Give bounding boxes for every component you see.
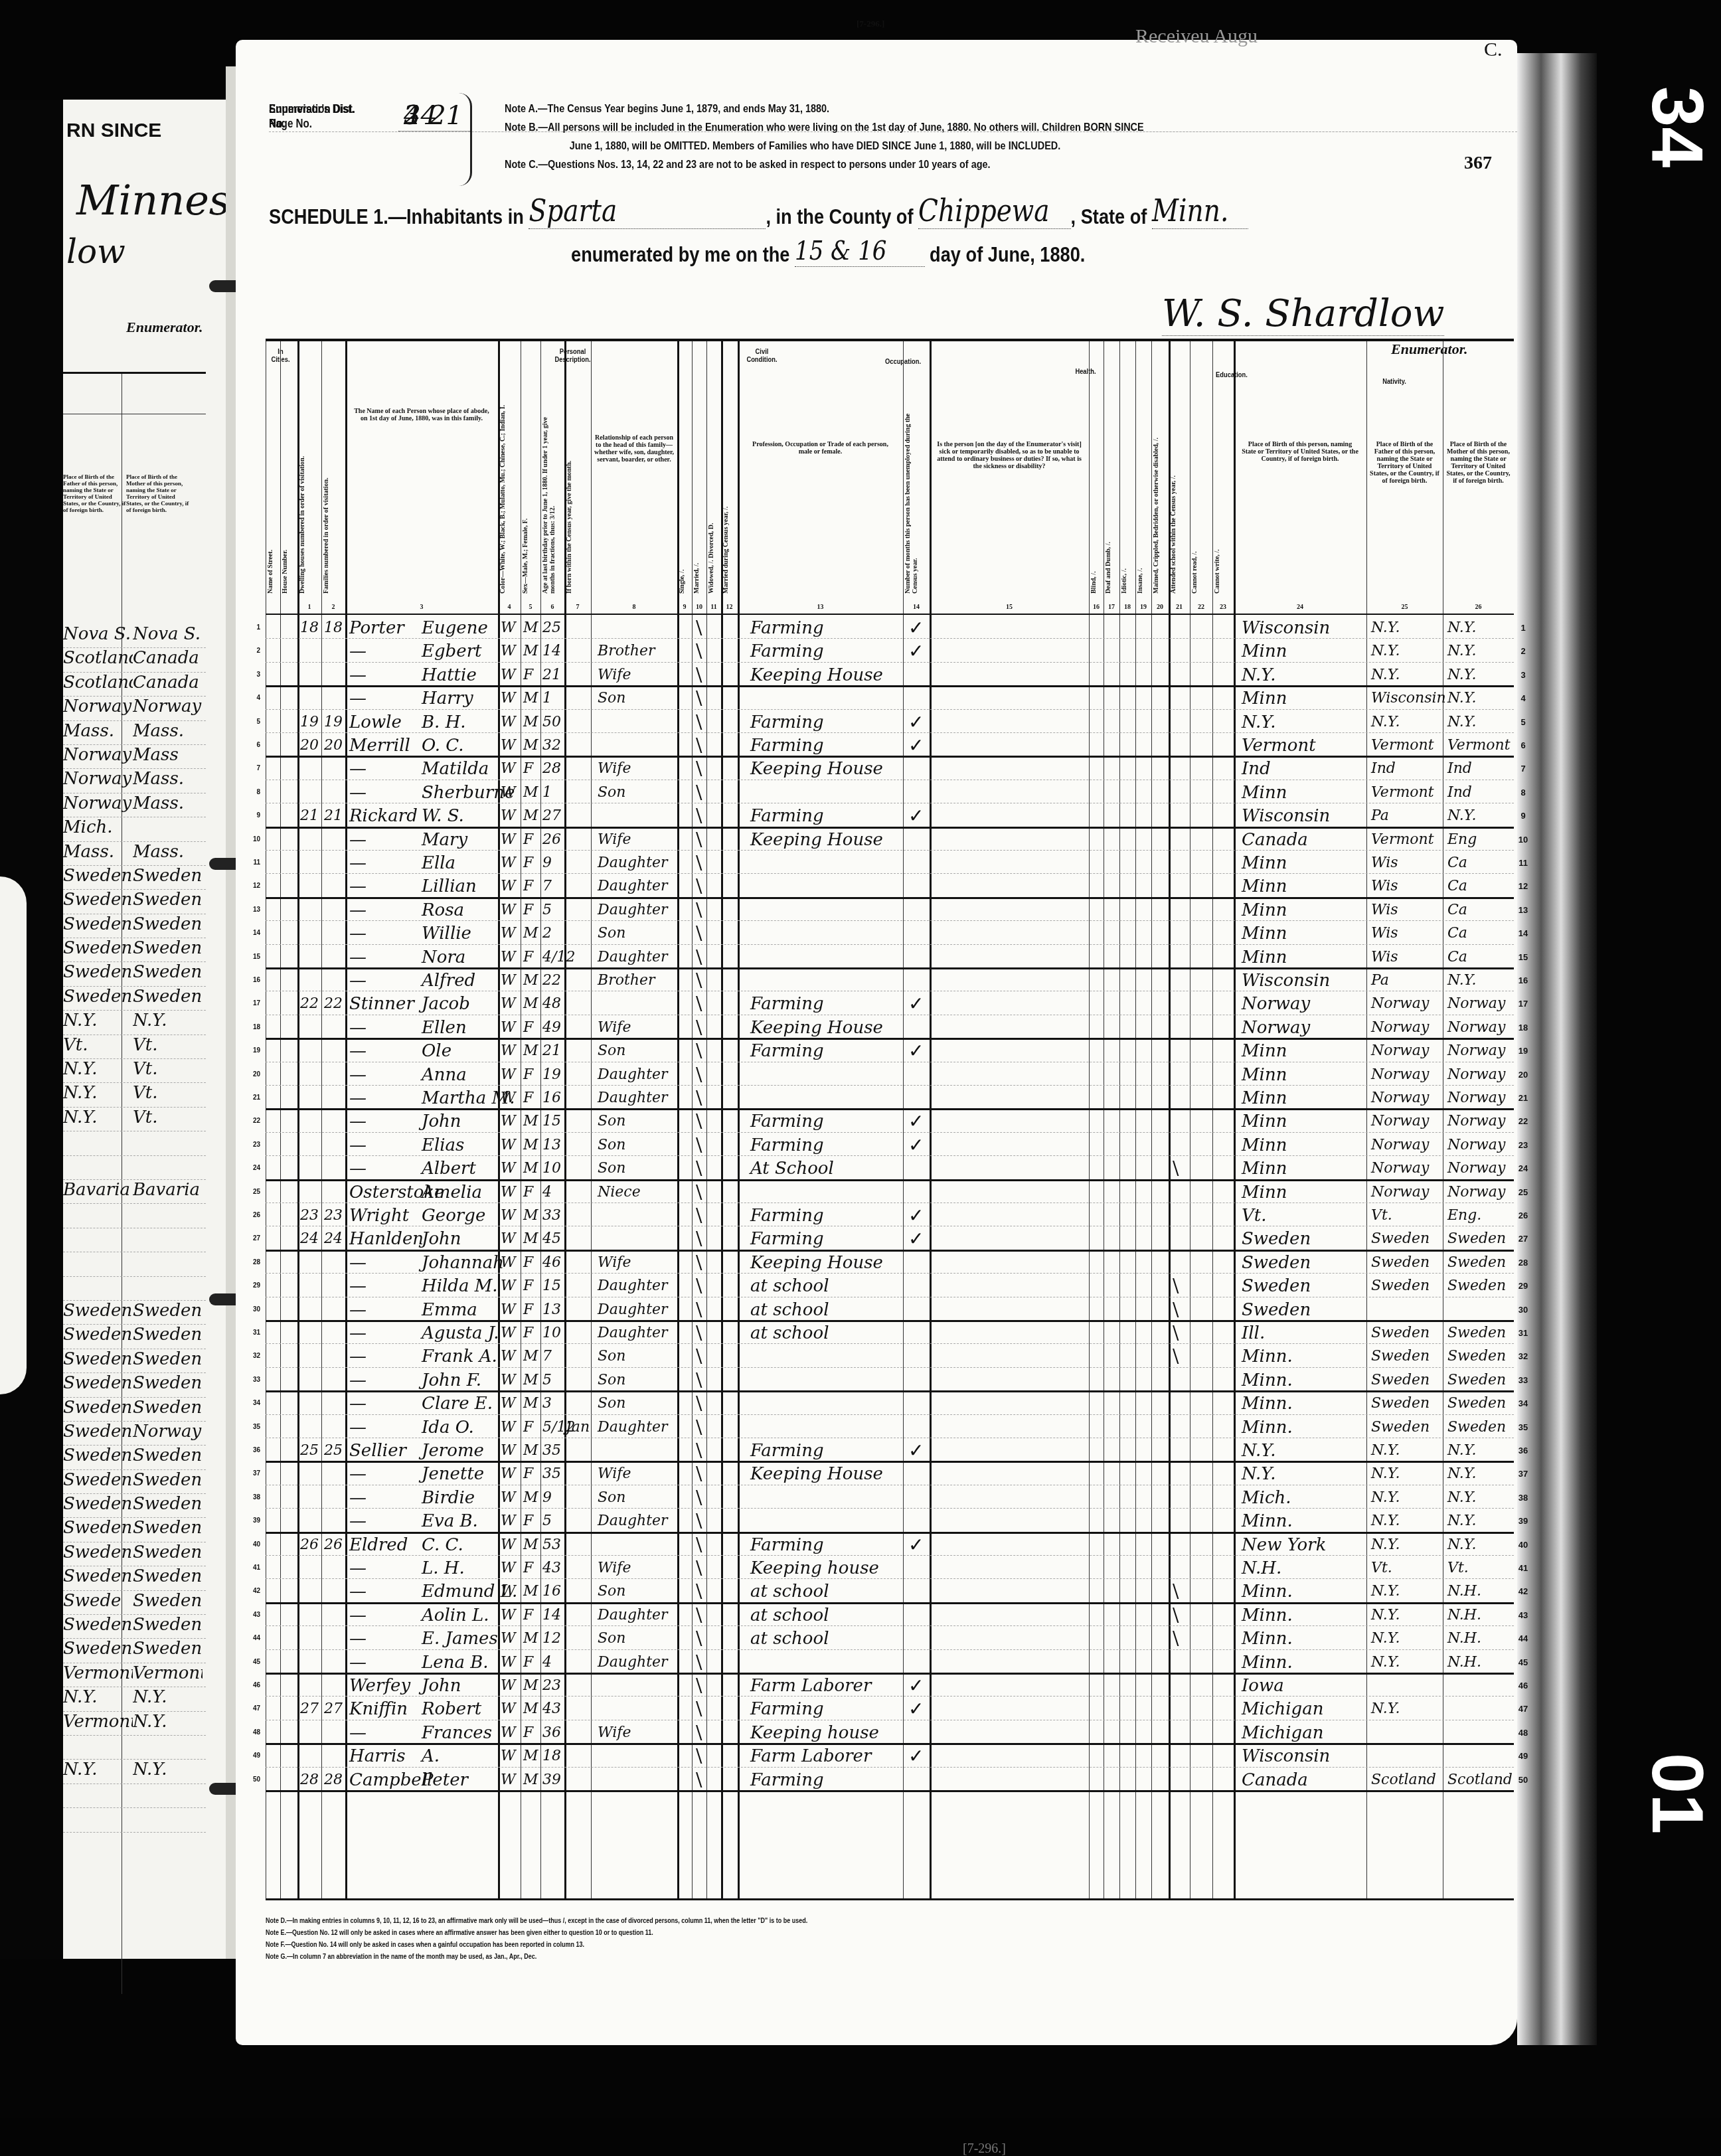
cell-father-birth: Norway — [1371, 1179, 1429, 1202]
cell-given: John — [422, 1108, 461, 1131]
father-birthplace: Swede — [63, 1591, 133, 1614]
father-birthplace — [63, 1131, 133, 1155]
left-page-row: ScotlandCanada — [63, 648, 206, 672]
cell-relation: Daughter — [598, 850, 668, 873]
cell-civil: \ — [696, 1625, 702, 1649]
line-number-right: 49 — [1514, 1743, 1532, 1770]
line-number: 46 — [246, 1673, 260, 1699]
line-number-right: 36 — [1514, 1438, 1532, 1464]
cell-father-birth: Norway — [1371, 1062, 1429, 1085]
column-header-months-unemployed: Number of months this person has been un… — [904, 401, 928, 594]
father-birthplace — [63, 1808, 133, 1831]
line-number-right: 29 — [1514, 1273, 1532, 1299]
cell-occupation: Keeping House — [750, 1250, 883, 1273]
column-header-attended-school: Attended school within the Census year, … — [1170, 401, 1188, 594]
cell-given: Ellen — [422, 1015, 467, 1038]
father-birthplace: Sweden — [63, 1615, 133, 1638]
table-row: 402626EldredC. C.WM53\Farming✓New YorkN.… — [266, 1532, 1514, 1556]
left-page-row: Nova S.Nova S. — [63, 624, 206, 648]
cell-birth: Minn — [1242, 897, 1287, 920]
left-page-row: SwedenSweden — [63, 1470, 206, 1494]
cell-age: 5 — [542, 897, 552, 920]
left-page-row: N.Y.Vt. — [63, 1083, 206, 1107]
table-row: 42—Edmund L.WM16Son\at school\Minn.N.Y.N… — [266, 1578, 1514, 1604]
cell-birth: Michigan — [1242, 1696, 1323, 1719]
cell-civil: \ — [696, 803, 702, 826]
cell-father-birth: Norway — [1371, 1085, 1429, 1108]
cell-given: Mary — [422, 827, 467, 850]
corner-mark: C. — [1484, 39, 1503, 61]
left-page-row: SwedenNorway — [63, 1422, 206, 1446]
cell-relation: Wife — [598, 756, 631, 779]
cell-mother-birth: Norway — [1447, 1015, 1505, 1038]
table-row: 44—E. JamesWM12Son\at school\Minn.N.Y.N.… — [266, 1625, 1514, 1649]
cell-relation: Son — [598, 1485, 626, 1508]
cell-relation: Son — [598, 1343, 626, 1367]
left-page-row: VermontN.Y. — [63, 1712, 206, 1736]
cell-birth: Iowa — [1242, 1673, 1284, 1696]
father-birthplace: N.Y. — [63, 1760, 133, 1783]
line-number: 20 — [246, 1062, 260, 1088]
cell-given: Hattie — [422, 662, 477, 685]
enumerated-day: 15 & 16 — [795, 236, 925, 267]
column-number: 26 — [1472, 604, 1485, 611]
cell-mother-birth: N.H. — [1447, 1602, 1481, 1625]
cell-civil: \ — [696, 967, 702, 991]
form-number: [7-296.] — [857, 19, 884, 29]
column-header-married-census-year: Married during Census year, /. — [722, 401, 736, 594]
cell-civil: \ — [696, 1015, 702, 1038]
cell-civil: \ — [696, 1555, 702, 1578]
cell-birth: Wisconsin — [1242, 615, 1330, 638]
father-birthplace: Sweden — [63, 914, 133, 938]
mother-birthplace: Sweden — [133, 1349, 203, 1372]
cell-sex: F — [523, 1649, 533, 1673]
cell-civil: \ — [696, 1343, 702, 1367]
cell-surname: Hanlden — [349, 1226, 424, 1249]
cell-civil: \ — [696, 1720, 702, 1743]
cell-sex: M — [523, 1108, 538, 1131]
cell-given: B. H. — [422, 709, 466, 732]
table-row: 502828CampbellPeterWM39\FarmingCanadaSco… — [266, 1767, 1514, 1792]
father-birthplace: Mass. — [63, 721, 133, 744]
line-number: 15 — [246, 944, 260, 971]
cell-dwelling: 21 — [300, 803, 319, 826]
column-header-married: Married, /. — [693, 401, 705, 594]
cell-sex: F — [523, 1414, 533, 1438]
cell-color: W — [501, 1273, 516, 1296]
left-page-row: SwedenSweden — [63, 1494, 206, 1518]
cell-age: 21 — [542, 662, 561, 685]
mother-birthplace: Mass. — [133, 793, 203, 817]
cell-family: 28 — [324, 1767, 343, 1790]
line-number-right: 5 — [1514, 709, 1532, 736]
cell-given: Harry — [422, 685, 473, 708]
table-row: 10—MaryWF26Wife\Keeping HouseCanadaVermo… — [266, 827, 1514, 851]
cell-sex: M — [523, 1532, 538, 1555]
line-number: 44 — [246, 1625, 260, 1652]
left-page-row: Mich. — [63, 817, 206, 841]
cell-occupation: Keeping House — [750, 1015, 883, 1038]
cell-surname: — — [349, 873, 367, 896]
cell-given: Ida O. — [422, 1414, 474, 1438]
line-number-right: 37 — [1514, 1461, 1532, 1487]
cell-occupation: Farming — [750, 1202, 824, 1226]
left-page-row — [63, 1228, 206, 1252]
cell-age: 19 — [542, 1062, 561, 1085]
mother-birthplace: Sweden — [133, 866, 203, 889]
line-number-right: 20 — [1514, 1062, 1532, 1088]
cell-surname: Porter — [349, 615, 404, 638]
cell-father-birth: Pa — [1371, 967, 1389, 991]
cell-color: W — [501, 920, 516, 944]
line-number: 5 — [246, 709, 260, 736]
cell-birth: Sweden — [1242, 1250, 1311, 1273]
mother-birthplace: Sweden — [133, 1494, 203, 1517]
cell-surname: — — [349, 1555, 367, 1578]
cell-birth: Minn — [1242, 1179, 1287, 1202]
father-birthplace: Sweden — [63, 1325, 133, 1348]
table-row: 262323WrightGeorgeWM33\Farming✓Vt.Vt.Eng… — [266, 1202, 1514, 1226]
enumeration-dist-label: Enumeration Dist. No. — [269, 102, 372, 131]
cell-birth: N.Y. — [1242, 1461, 1275, 1484]
cell-sex: F — [523, 1720, 533, 1743]
county-name: Chippewa — [918, 193, 1071, 229]
line-number-right: 34 — [1514, 1390, 1532, 1417]
cell-birth: Michigan — [1242, 1720, 1323, 1743]
cell-surname: — — [349, 638, 367, 661]
cell-school: \ — [1173, 1273, 1179, 1296]
cell-mother-birth: N.Y. — [1447, 1438, 1477, 1461]
cell-birth: Minn — [1242, 1062, 1287, 1085]
line-number: 40 — [246, 1532, 260, 1558]
cell-civil: \ — [696, 1062, 702, 1085]
cell-given: Rosa — [422, 897, 464, 920]
received-stamp: Receiveu Augu — [1135, 25, 1258, 48]
cell-given: Matilda — [422, 756, 489, 779]
cell-birth: Wisconsin — [1242, 803, 1330, 826]
cell-unemployed: ✓ — [908, 709, 924, 732]
cell-sex: M — [523, 1202, 538, 1226]
table-row: 11818PorterEugeneWM25\Farming✓WisconsinN… — [266, 615, 1514, 639]
cell-surname: — — [349, 685, 367, 708]
line-number-right: 24 — [1514, 1155, 1532, 1182]
cell-given: Nora — [422, 944, 465, 967]
column-header-occupation: Profession, Occupation or Trade of each … — [751, 441, 890, 456]
left-page-row: SwedenSweden — [63, 1398, 206, 1422]
cell-sex: F — [523, 1297, 533, 1320]
cell-age: 23 — [542, 1673, 561, 1696]
column-header-mother-birthplace: Place of Birth of the Mother of this per… — [1446, 441, 1511, 485]
cell-color: W — [501, 1062, 516, 1085]
column-number: 5 — [524, 604, 537, 611]
line-number-right: 19 — [1514, 1038, 1532, 1064]
cell-mother-birth: N.Y. — [1447, 685, 1477, 708]
table-row: 22—JohnWM15Son\Farming✓MinnNorwayNorway2… — [266, 1108, 1514, 1132]
cell-color: W — [501, 1250, 516, 1273]
cell-color: W — [501, 1508, 516, 1531]
cell-relation: Daughter — [598, 1602, 668, 1625]
column-number: 12 — [723, 604, 736, 611]
table-row: 12—LillianWF7Daughter\MinnWisCa12 — [266, 873, 1514, 898]
mother-birthplace: Sweden — [133, 987, 203, 1010]
cell-age: 15 — [542, 1273, 561, 1296]
cell-surname: Wright — [349, 1202, 409, 1226]
cell-civil: \ — [696, 991, 702, 1014]
cell-mother-birth: Sweden — [1447, 1320, 1506, 1343]
table-row: 18—EllenWF49Wife\Keeping HouseNorwayNorw… — [266, 1015, 1514, 1040]
cell-sex: F — [523, 1461, 533, 1484]
cell-occupation: Farming — [750, 1038, 824, 1061]
cell-occupation: at school — [750, 1297, 829, 1320]
cell-father-birth: N.Y. — [1371, 638, 1400, 661]
cell-occupation: at school — [750, 1602, 829, 1625]
cell-family: 20 — [324, 732, 343, 756]
mother-birthplace: Norway — [133, 697, 203, 720]
cell-relation: Brother — [598, 638, 655, 661]
cell-birth: N.H. — [1242, 1555, 1281, 1578]
line-number: 16 — [246, 967, 260, 994]
table-row: 92121RickardW. S.WM27\Farming✓WisconsinP… — [266, 803, 1514, 828]
table-row: 21—Martha M.WF16Daughter\MinnNorwayNorwa… — [266, 1085, 1514, 1110]
column-number: 9 — [678, 604, 691, 611]
cell-given: Peter — [422, 1767, 468, 1790]
cell-given: Hilda M. — [422, 1273, 498, 1296]
cell-father-birth: Vt. — [1371, 1202, 1392, 1226]
cell-civil: \ — [696, 1602, 702, 1625]
cell-dwelling: 25 — [300, 1438, 319, 1461]
cell-given: Jerome — [422, 1438, 484, 1461]
cell-mother-birth: Ca — [1447, 920, 1467, 944]
cell-given: John — [422, 1673, 461, 1696]
father-birthplace: N.Y. — [63, 1687, 133, 1710]
mother-birthplace: Vt. — [133, 1083, 203, 1106]
left-page-row: SwedenSweden — [63, 962, 206, 986]
cell-family: 23 — [324, 1202, 343, 1226]
cell-mother-birth: Ca — [1447, 897, 1467, 920]
cell-age: 43 — [542, 1555, 561, 1578]
column-header-sex: Sex—Male, M.; Female, F. — [522, 401, 539, 594]
cell-given: Lillian — [422, 873, 477, 896]
cell-surname: — — [349, 1085, 367, 1108]
left-page-row: NorwayMass — [63, 745, 206, 769]
left-page-row: SwedenSweden — [63, 1301, 206, 1325]
cell-civil: \ — [696, 756, 702, 779]
line-number-right: 13 — [1514, 897, 1532, 924]
cell-surname: — — [349, 1414, 367, 1438]
mother-birthplace: Canada — [133, 648, 203, 671]
cell-occupation: Farming — [750, 709, 824, 732]
note-e: Note E.—Question No. 12 will only be ask… — [266, 1928, 807, 1940]
cell-mother-birth: Vermont — [1447, 732, 1511, 756]
left-page-row: NorwayNorway — [63, 697, 206, 720]
cell-given: Frank A. — [422, 1343, 497, 1367]
cell-color: W — [501, 1602, 516, 1625]
cell-birth: Minn — [1242, 850, 1287, 873]
cell-birth: Minn — [1242, 1085, 1287, 1108]
cell-surname: — — [349, 1390, 367, 1414]
column-number: 6 — [546, 604, 559, 611]
cell-father-birth: Sweden — [1371, 1343, 1430, 1367]
cell-family: 21 — [324, 803, 343, 826]
father-birthplace: Bavaria — [63, 1180, 133, 1203]
cell-birth: Minn — [1242, 1038, 1287, 1061]
cell-birth: Minn. — [1242, 1508, 1293, 1531]
note-g: Note G.—In column 7 an abbreviation in t… — [266, 1951, 807, 1963]
cell-birth: Sweden — [1242, 1297, 1311, 1320]
cell-civil: \ — [696, 780, 702, 803]
cell-school: \ — [1173, 1602, 1179, 1625]
cell-color: W — [501, 1414, 516, 1438]
cell-unemployed: ✓ — [908, 1202, 924, 1226]
left-page-row: BavariaBavaria — [63, 1180, 206, 1204]
mother-birthplace: Sweden — [133, 914, 203, 938]
cell-age: 22 — [542, 967, 561, 991]
cell-given: Alfred — [422, 967, 475, 991]
cell-sex: M — [523, 1578, 538, 1602]
mother-birthplace: Mass. — [133, 842, 203, 865]
table-row: 172222StinnerJacobWM48\Farming✓NorwayNor… — [266, 991, 1514, 1015]
left-page-row — [63, 1156, 206, 1180]
cell-age: 28 — [542, 756, 561, 779]
line-number: 45 — [246, 1649, 260, 1676]
cell-color: W — [501, 1297, 516, 1320]
cell-father-birth: Vermont — [1371, 732, 1434, 756]
cell-surname: Stinner — [349, 991, 414, 1014]
line-number: 28 — [246, 1250, 260, 1276]
cell-unemployed: ✓ — [908, 1226, 924, 1249]
cell-mother-birth: N.Y. — [1447, 1532, 1477, 1555]
cell-unemployed: ✓ — [908, 803, 924, 826]
mother-birthplace: N.Y. — [133, 1712, 203, 1735]
note-d: Note D.—In making entries in columns 9, … — [266, 1916, 807, 1928]
cell-relation: Wife — [598, 1555, 631, 1578]
column-number: 11 — [707, 604, 720, 611]
cell-age: 12 — [542, 1625, 561, 1649]
left-page-row: SwedenSweden — [63, 1566, 206, 1590]
father-birthplace: Sweden — [63, 890, 133, 913]
column-header-birthplace: Place of Birth of this person, naming St… — [1240, 441, 1360, 463]
cell-color: W — [501, 1720, 516, 1743]
cell-birth: Minn — [1242, 638, 1287, 661]
cell-surname: Harris — [349, 1743, 406, 1766]
cell-given: O. C. — [422, 732, 464, 756]
note-c: Note C.—Questions Nos. 13, 14, 22 and 23… — [505, 155, 1144, 174]
cell-relation: Son — [598, 1108, 626, 1131]
brace — [458, 93, 472, 186]
cell-civil: \ — [696, 1108, 702, 1131]
cell-civil: \ — [696, 1743, 702, 1766]
cell-given: Anna — [422, 1062, 467, 1085]
cell-civil: \ — [696, 1367, 702, 1390]
mother-birthplace: N.Y. — [133, 1760, 203, 1783]
line-number-right: 16 — [1514, 967, 1532, 994]
cell-father-birth: N.Y. — [1371, 1532, 1400, 1555]
cell-color: W — [501, 709, 516, 732]
cell-mother-birth: Norway — [1447, 1108, 1505, 1131]
left-page-row: NorwayMass. — [63, 793, 206, 817]
cell-occupation: Farming — [750, 1696, 824, 1719]
line-number-right: 43 — [1514, 1602, 1532, 1629]
line-number-right: 8 — [1514, 780, 1532, 806]
cell-occupation: Keeping House — [750, 827, 883, 850]
column-header-blind: Blind, /. — [1090, 401, 1102, 594]
note-a: Note A.—The Census Year begins June 1, 1… — [505, 100, 1144, 118]
cell-occupation: Farming — [750, 1108, 824, 1131]
stamped-page-number: 367 — [1464, 153, 1492, 174]
line-number-right: 25 — [1514, 1179, 1532, 1206]
line-number: 3 — [246, 662, 260, 689]
cell-surname: — — [349, 827, 367, 850]
father-birthplace: Scotland — [63, 673, 133, 696]
cell-relation: Wife — [598, 827, 631, 850]
cell-surname: — — [349, 897, 367, 920]
table-row: 20—AnnaWF19Daughter\MinnNorwayNorway20 — [266, 1062, 1514, 1086]
line-number-right: 44 — [1514, 1625, 1532, 1652]
note-b: Note B.—All persons will be included in … — [505, 118, 1144, 137]
line-number: 11 — [246, 850, 260, 876]
mother-birthplace: Sweden — [133, 1639, 203, 1662]
cell-mother-birth: Sweden — [1447, 1414, 1506, 1438]
cell-color: W — [501, 1320, 516, 1343]
cell-age: 53 — [542, 1532, 561, 1555]
mother-birthplace: Norway — [133, 1422, 203, 1445]
cell-given: Frances — [422, 1720, 492, 1743]
mother-birthplace: Mass. — [133, 769, 203, 792]
cell-civil: \ — [696, 1297, 702, 1320]
cell-family: 24 — [324, 1226, 343, 1249]
father-birthplace: Vermont — [63, 1663, 133, 1687]
father-birthplace: Sweden — [63, 866, 133, 889]
mother-birthplace — [133, 1784, 203, 1807]
cell-mother-birth: Norway — [1447, 1062, 1505, 1085]
cell-mother-birth: N.Y. — [1447, 1461, 1477, 1484]
cell-birth: Minn — [1242, 685, 1287, 708]
cell-sex: M — [523, 780, 538, 803]
column-header-name: The Name of each Person whose place of a… — [352, 408, 491, 422]
cell-surname: — — [349, 1649, 367, 1673]
cell-mother-birth: N.Y. — [1447, 803, 1477, 826]
cell-school: \ — [1173, 1320, 1179, 1343]
cell-birth: Minn. — [1242, 1602, 1293, 1625]
cell-father-birth: Wis — [1371, 944, 1398, 967]
cell-color: W — [501, 1155, 516, 1179]
cell-birth: Norway — [1242, 991, 1310, 1014]
left-page-row: Mass.Mass. — [63, 721, 206, 745]
cell-unemployed: ✓ — [908, 638, 924, 661]
father-birthplace: N.Y. — [63, 1011, 133, 1034]
cell-sex: M — [523, 1767, 538, 1790]
cell-father-birth: Vt. — [1371, 1555, 1392, 1578]
cell-occupation: At School — [750, 1155, 834, 1179]
cell-sex: M — [523, 1743, 538, 1766]
cell-sex: F — [523, 756, 533, 779]
cell-relation: Son — [598, 1038, 626, 1061]
line-number: 13 — [246, 897, 260, 924]
column-number: 19 — [1137, 604, 1150, 611]
cell-age: 13 — [542, 1132, 561, 1155]
cell-relation: Wife — [598, 1461, 631, 1484]
cell-surname: — — [349, 967, 367, 991]
line-number: 35 — [246, 1414, 260, 1441]
cell-occupation: at school — [750, 1625, 829, 1649]
mother-birthplace: Sweden — [133, 1615, 203, 1638]
column-number: 25 — [1398, 604, 1412, 611]
cell-school: \ — [1173, 1155, 1179, 1179]
line-number: 47 — [246, 1696, 260, 1722]
enumerator-signature: W. S. Shardlow — [1162, 292, 1444, 336]
cell-mother-birth: N.Y. — [1447, 1508, 1477, 1531]
